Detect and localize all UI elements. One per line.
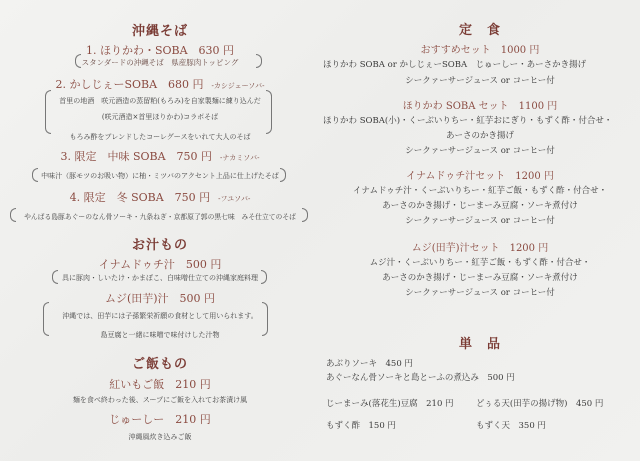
section-title-set: 定 食 bbox=[320, 19, 640, 38]
soba-item-4-title: 4. 限定 冬 SOBA 750 円-フユソバ- bbox=[0, 189, 320, 205]
soba-item-2-kana: -カシジェーソバ- bbox=[212, 82, 265, 90]
soba-item-2-desc-3: もろみ酢をブレンドしたコーレグースをいれて大人のそば bbox=[0, 132, 320, 142]
bracket-right bbox=[266, 90, 272, 134]
soup-item-1-desc: 具に豚肉・しいたけ・かまぼこ、白味噌仕立ての沖縄家庭料理 bbox=[0, 273, 320, 283]
soba-item-2-desc-1: 首里の地酒 咲元酒造の蒸留粕(もろみ)を自家製麺に練り込んだ bbox=[0, 96, 320, 106]
section-title-rice: ご飯もの bbox=[0, 353, 320, 372]
set-item-1-title: おすすめセット 1000 円 bbox=[320, 41, 640, 56]
rice-item-1-desc: 麺を食べ終わった後、スープにご飯を入れてお茶漬け風 bbox=[0, 395, 320, 405]
soup-item-2-desc-1: 沖縄では、田芋には子孫繁栄祈願の食材として用いられます。 bbox=[0, 311, 320, 321]
soba-item-3-desc: 中味汁（豚モツのお吸い物）に柚・ミツバのアクセント上品に仕上げたそば bbox=[0, 171, 320, 181]
single-item-3: じーまーみ(落花生)豆腐 210 円 bbox=[326, 397, 454, 409]
soba-item-1-title: 1. ほりかわ・SOBA 630 円 bbox=[0, 42, 320, 58]
set-item-4-line-2: あーさのかき揚げ・じーまーみ豆腐・ソーキ煮付け bbox=[320, 271, 640, 283]
soba-item-3-kana: -ナカミソバ- bbox=[220, 154, 259, 162]
set-item-3-line-1: イナムドゥチ汁・くーぶいりちー・紅芋ご飯・もずく酢・付合せ・ bbox=[320, 184, 640, 196]
set-item-3-title: イナムドゥチ汁セット 1200 円 bbox=[320, 167, 640, 182]
single-item-1: あぶりソーキ 450 円 bbox=[326, 357, 413, 369]
set-item-4-line-3: シークァーサージュース or コーヒー付 bbox=[320, 286, 640, 298]
single-item-4: どぅる天(田芋の揚げ物) 450 円 bbox=[476, 397, 603, 409]
soup-item-2-desc-2: 島豆腐と一緒に味噌で味付けした汁物 bbox=[0, 330, 320, 340]
set-item-2-title: ほりかわ SOBA セット 1100 円 bbox=[320, 97, 640, 112]
soba-item-4-kana: -フユソバ- bbox=[218, 195, 250, 203]
soup-item-1-title: イナムドゥチ汁 500 円 bbox=[0, 256, 320, 272]
section-title-soup: お汁もの bbox=[0, 234, 320, 253]
single-item-2: あぐーなん骨ソーキと島とーふの煮込み 500 円 bbox=[326, 371, 515, 383]
soba-item-4-desc: やんばる島豚あぐーのなん骨ソーキ・九条ねぎ・京都原了郭の黒七味 みそ仕立てのそば bbox=[0, 211, 320, 221]
single-item-6: もずく天 350 円 bbox=[476, 419, 546, 431]
set-item-3-line-2: あーさのかき揚げ・じーまーみ豆腐・ソーキ煮付け bbox=[320, 199, 640, 211]
set-item-4-line-1: ムジ汁・くーぶいりちー・紅芋ご飯・もずく酢・付合せ・ bbox=[320, 256, 640, 268]
rice-item-1-title: 紅いもご飯 210 円 bbox=[0, 376, 320, 392]
soba-item-2-desc-2: (咲元酒造×首里ほりかわ)コラボそば bbox=[0, 112, 320, 122]
set-item-2-line-1: ほりかわ SOBA(小)・くーぶいりちー・紅芋おにぎり・もずく酢・付合せ・ bbox=[323, 114, 612, 126]
set-item-2-line-3: シークァーサージュース or コーヒー付 bbox=[320, 144, 640, 156]
set-item-1-line-1: ほりかわ SOBA or かしじぇーSOBA じゅーしー・あーさかき揚げ bbox=[323, 58, 586, 70]
section-title-single: 単 品 bbox=[320, 333, 640, 352]
rice-item-2-desc: 沖縄風炊き込みご飯 bbox=[0, 432, 320, 442]
single-item-5: もずく酢 150 円 bbox=[326, 419, 396, 431]
bracket-right bbox=[262, 302, 268, 336]
soba-item-3-title: 3. 限定 中味 SOBA 750 円-ナカミソバ- bbox=[0, 148, 320, 164]
set-item-1-line-2: シークァーサージュース or コーヒー付 bbox=[320, 74, 640, 86]
section-title-soba: 沖縄そば bbox=[0, 20, 320, 39]
rice-item-2-title: じゅーしー 210 円 bbox=[0, 411, 320, 427]
set-item-3-line-3: シークァーサージュース or コーヒー付 bbox=[320, 214, 640, 226]
set-item-2-line-2: あーさのかき揚げ bbox=[320, 129, 640, 141]
soba-item-1-desc: スタンダードの沖縄そば 県産豚肉トッピング bbox=[0, 57, 320, 68]
set-item-4-title: ムジ(田芋)汁セット 1200 円 bbox=[320, 239, 640, 254]
